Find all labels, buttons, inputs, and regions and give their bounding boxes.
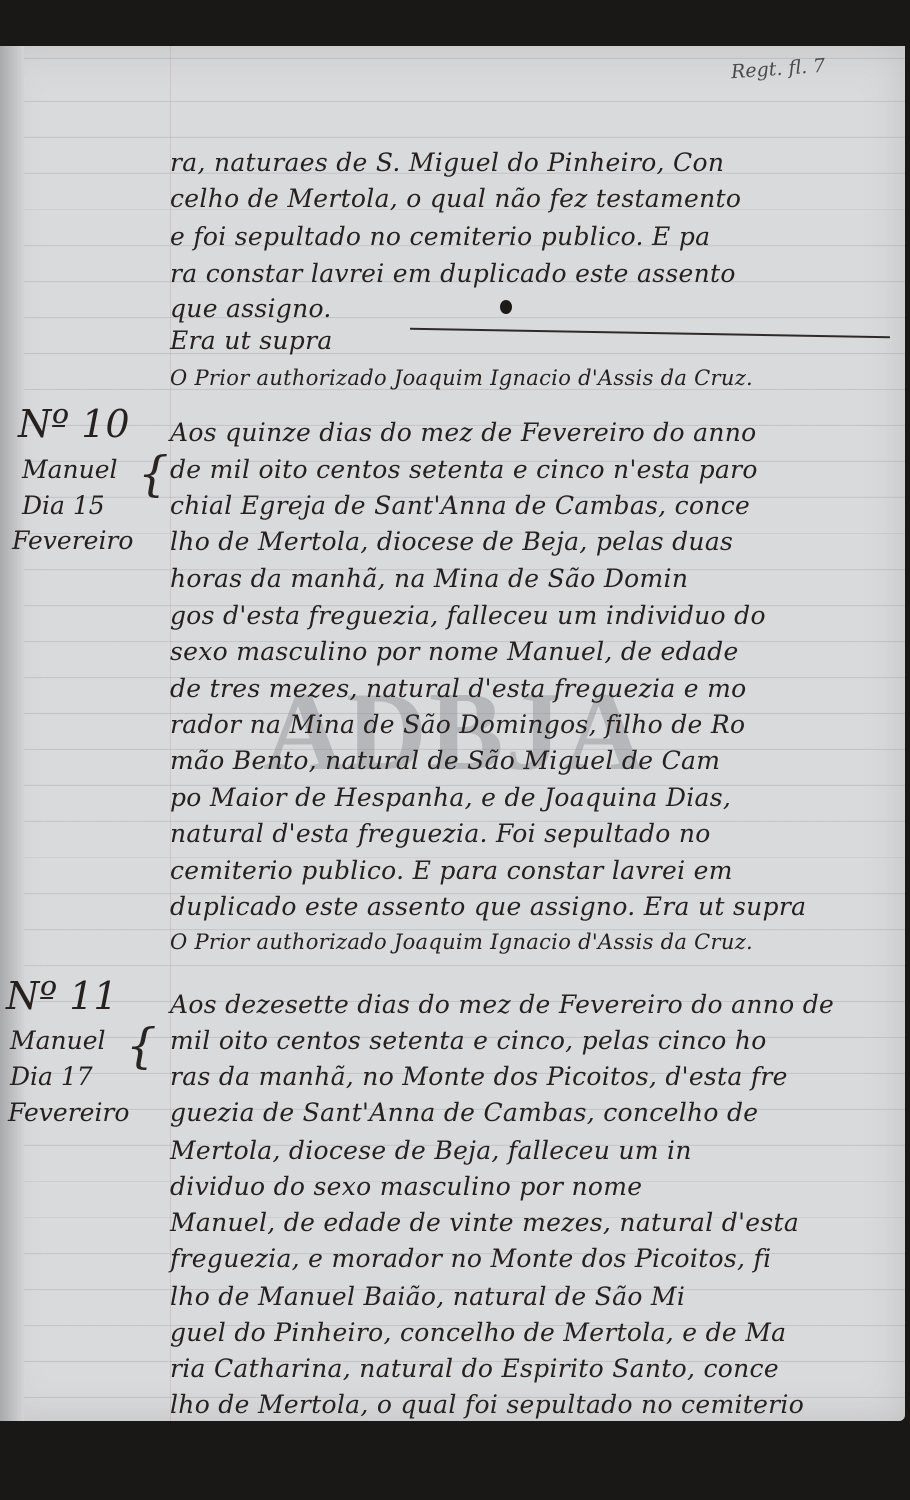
- entry-line: natural d'esta freguezia. Foi sepultado …: [170, 819, 711, 848]
- entry-line: gos d'esta freguezia, falleceu um indivi…: [170, 601, 766, 630]
- signature: O Prior authorizado Joaquim Ignacio d'As…: [170, 930, 753, 954]
- margin-bracket: {: [138, 446, 169, 502]
- margin-month: Fevereiro: [12, 526, 133, 555]
- register-page: Regt. fl. 7 ADBJA ra, naturaes de S. Mig…: [0, 46, 905, 1421]
- margin-month: Fevereiro: [8, 1098, 129, 1127]
- entry-line: lho de Manuel Baião, natural de São Mi: [170, 1282, 685, 1311]
- entry-line: guezia de Sant'Anna de Cambas, concelho …: [170, 1098, 758, 1127]
- page-reference: Regt. fl. 7: [730, 55, 826, 84]
- entry-line: ras da manhã, no Monte dos Picoitos, d'e…: [170, 1062, 788, 1091]
- margin-bracket: {: [126, 1018, 157, 1074]
- entry-line: chial Egreja de Sant'Anna de Cambas, con…: [170, 491, 750, 520]
- binding-gutter: [0, 46, 24, 1421]
- entry-line: dividuo do sexo masculino por nome: [170, 1172, 642, 1201]
- margin-name: Manuel: [22, 455, 118, 484]
- ink-blot: [500, 300, 512, 314]
- continuation-line: ra constar lavrei em duplicado este asse…: [170, 259, 736, 288]
- margin-day: Dia 15: [22, 491, 105, 520]
- entry-line: Manuel, de edade de vinte mezes, natural…: [170, 1208, 799, 1237]
- entry-line: Mertola, diocese de Beja, falleceu um in: [170, 1136, 692, 1165]
- entry-line: de mil oito centos setenta e cinco n'est…: [170, 455, 758, 484]
- entry-line: mão Bento, natural de São Miguel de Cam: [170, 746, 720, 775]
- continuation-line: que assigno.: [170, 294, 332, 323]
- entry-number: Nº 10: [18, 402, 130, 446]
- margin-day: Dia 17: [10, 1062, 93, 1091]
- entry-line: guel do Pinheiro, concelho de Mertola, e…: [170, 1318, 786, 1347]
- closing-formula: Era ut supra: [170, 326, 333, 355]
- entry-line: rador na Mina de São Domingos, filho de …: [170, 710, 745, 739]
- entry-line: Aos dezesette dias do mez de Fevereiro d…: [170, 990, 834, 1019]
- entry-line: sexo masculino por nome Manuel, de edade: [170, 637, 739, 666]
- entry-line: freguezia, e morador no Monte dos Picoit…: [170, 1244, 771, 1273]
- continuation-line: e foi sepultado no cemiterio publico. E …: [170, 222, 710, 251]
- entry-line: lho de Mertola, o qual foi sepultado no …: [170, 1390, 804, 1419]
- entry-line: Aos quinze dias do mez de Fevereiro do a…: [170, 418, 756, 447]
- entry-line: horas da manhã, na Mina de São Domin: [170, 564, 688, 593]
- continuation-line: celho de Mertola, o qual não fez testame…: [170, 184, 741, 213]
- margin-name: Manuel: [10, 1026, 106, 1055]
- entry-line: lho de Mertola, diocese de Beja, pelas d…: [170, 527, 733, 556]
- entry-line: cemiterio publico. E para constar lavrei…: [170, 856, 733, 885]
- entry-line: ria Catharina, natural do Espirito Santo…: [170, 1354, 779, 1383]
- signature: O Prior authorizado Joaquim Ignacio d'As…: [170, 366, 753, 390]
- entry-line: mil oito centos setenta e cinco, pelas c…: [170, 1026, 767, 1055]
- entry-number: Nº 11: [6, 974, 118, 1018]
- closing-rule: [410, 328, 890, 338]
- continuation-line: ra, naturaes de S. Miguel do Pinheiro, C…: [170, 148, 724, 177]
- entry-line: po Maior de Hespanha, e de Joaquina Dias…: [170, 783, 731, 812]
- entry-line: de tres mezes, natural d'esta freguezia …: [170, 674, 746, 703]
- entry-line: duplicado este assento que assigno. Era …: [170, 892, 806, 921]
